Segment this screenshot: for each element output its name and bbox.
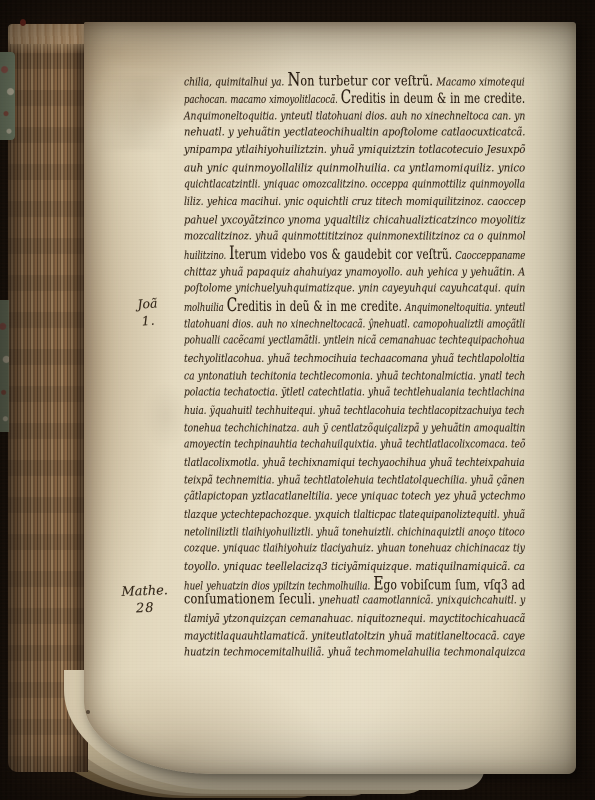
nahuatl-text: toyollo. yniquac teellelacizq3 ticiyãmiq… (184, 559, 525, 573)
nahuatl-text: nehuatl. y yehuãtin yectlateochihualtin … (184, 125, 525, 139)
latin-phrase: conſumationem ſeculi. (184, 592, 315, 608)
latin-phrase: Non turbetur cor veſtrũ. (288, 74, 434, 90)
nahuatl-text: poſtolome ynichuelyuhquimatizque. ynin c… (184, 281, 525, 295)
nahuatl-text: huatzin techmocemitalhuiliã. yhuã techmo… (184, 645, 525, 659)
nahuatl-text: quichtlacatzintli. yniquac omozcalitzino… (184, 177, 525, 191)
manuscript-line: poſtolome ynichuelyuhquimatizque. ynin c… (184, 280, 525, 297)
manuscript-line: molhuilia Creditis in deũ & in me credit… (184, 297, 525, 314)
nahuatl-text: Macamo ximotequi (433, 75, 525, 89)
manuscript-line: polactia techatoctia. ỹtletl catechtlati… (184, 384, 525, 401)
manuscript-line: tlazque yctechtepachozque. yxquich tlalt… (184, 506, 525, 523)
manuscript-line: chittaz yhuã papaquiz ahahuiyaz ynamoyol… (184, 263, 525, 280)
nahuatl-text: molhuilia (184, 300, 227, 314)
manuscript-line: nehuatl. y yehuãtin yectlateochihualtin … (184, 124, 525, 141)
nahuatl-text: huel yehuatzin dios ypiltzin techmolhuil… (184, 578, 373, 592)
manuscript-line: ynipampa ytlaihiyohuiliztzin. yhuã ymiqu… (184, 141, 525, 158)
nahuatl-text: ca yntonatiuh techitonia techtlecomonia.… (184, 368, 525, 382)
latin-phrase: Iterum videbo vos & gaudebit cor veſtrũ. (229, 247, 452, 263)
nahuatl-text: teixpã technemitia. yhuã techtlatolehuia… (184, 472, 525, 486)
manuscript-line: pahuel yxcoyãtzinco ynoma yqualtiliz chi… (184, 211, 525, 228)
latin-initial-letter: N (288, 70, 301, 91)
nahuatl-text: pahuel yxcoyãtzinco ynoma yqualtiliz chi… (184, 212, 525, 226)
manuscript-line: teixpã technemitia. yhuã techtlatolehuia… (184, 471, 525, 488)
manuscript-line: ca yntonatiuh techitonia techtlecomonia.… (184, 367, 525, 384)
nahuatl-text: çãtlapictopan yztlacatlaneltilia. yece y… (184, 489, 525, 503)
ink-fleck (86, 710, 90, 714)
nahuatl-text: mozcalitzinoz. yhuã quinmottititzinoz qu… (184, 229, 525, 243)
manuscript-line: çãtlapictopan yztlacatlaneltilia. yece y… (184, 488, 525, 505)
nahuatl-text: amoyectin techpinauhtia techahuilquixtia… (184, 437, 525, 451)
latin-initial-letter: C (341, 87, 351, 108)
manuscript-line: tonehua techchichinatza. auh ỹ centlatzõ… (184, 419, 525, 436)
nahuatl-text: netoliniliztli tlaihiyohuiliztli. yhuã t… (184, 524, 525, 538)
nahuatl-text: mayctitlaquauhtlamaticã. yniteutlatoltzi… (184, 629, 525, 643)
nahuatl-text: polactia techatoctia. ỹtletl catechtlati… (184, 385, 525, 399)
nahuatl-text: chittaz yhuã papaquiz ahahuiyaz ynamoyol… (184, 264, 525, 278)
manuscript-line: tlatohuani dios. auh no xinechneltocacã.… (184, 315, 525, 332)
margin-note-john: Joã 1. (123, 293, 173, 330)
manuscript-line: auh ynic quinmoyollaliliz quinmolhuilia.… (184, 159, 525, 176)
manuscript-line: tlatlacolixmotla. yhuã techixnamiqui tec… (184, 454, 525, 471)
manuscript-line: Anquimoneltoquitia. ynteutl tlatohuani d… (184, 107, 525, 124)
nahuatl-text: tlazque yctechtepachozque. yxquich tlalt… (184, 507, 525, 521)
nahuatl-text: chilia, quimitalhui ya. (184, 75, 288, 89)
manuscript-line: amoyectin techpinauhtia techahuilquixtia… (184, 436, 525, 453)
manuscript-line: cozque. yniquac tlaihiyohuiz tlaciyahuiz… (184, 540, 525, 557)
margin-note-num: 1. (124, 310, 173, 330)
nahuatl-text: huia. ỹquahuitl techhuitequi. yhuã techt… (184, 403, 525, 417)
cover-speck (20, 19, 26, 26)
nahuatl-text: tlamiyã ytzonquizçan cemanahuac. niquito… (184, 611, 525, 625)
manuscript-line: huilitzino. Iterum videbo vos & gaudebit… (184, 245, 525, 262)
manuscript-line: tlamiyã ytzonquizçan cemanahuac. niquito… (184, 610, 525, 627)
nahuatl-text: Caocceppaname (452, 248, 525, 262)
latin-initial-letter: C (227, 295, 237, 316)
manuscript-line: toyollo. yniquac teellelacizq3 ticiyãmiq… (184, 558, 525, 575)
manuscript-line: techyolitlacohua. yhuã techmocihuia tech… (184, 350, 525, 367)
manuscript-line: huia. ỹquahuitl techhuitequi. yhuã techt… (184, 402, 525, 419)
nahuatl-text: tlatlacolixmotla. yhuã techixnamiqui tec… (184, 455, 525, 469)
nahuatl-text: ynipampa ytlaihiyohuiliztzin. yhuã ymiqu… (184, 142, 525, 156)
nahuatl-text: ynehuatl caamotlannicã. ynixquichcahuitl… (315, 593, 525, 607)
latin-initial-letter: I (229, 243, 234, 264)
manuscript-line: quichtlacatzintli. yniquac omozcalitzino… (184, 176, 525, 193)
manuscript-line: liliz. yehica macihui. ynic oquichtli cr… (184, 193, 525, 210)
manuscript-line: pohualli cacẽcami yectlamãtli. yntlein n… (184, 332, 525, 349)
marbled-cover-edge (0, 300, 9, 432)
nahuatl-text: cozque. yniquac tlaihiyohuiz tlaciyahuiz… (184, 541, 525, 555)
margin-note-num: 28 (112, 599, 179, 618)
latin-phrase: Creditis in deum & in me credite. (341, 91, 526, 107)
nahuatl-text: techyolitlacohua. yhuã techmocihuia tech… (184, 351, 525, 365)
margin-note-matthew: Mathe. 28 (111, 582, 178, 618)
nahuatl-text: tonehua techchichinatza. auh ỹ centlatzõ… (184, 420, 525, 434)
nahuatl-text: liliz. yehica macihui. ynic oquichtli cr… (184, 194, 525, 208)
manuscript-text-block: chilia, quimitalhui ya. Non turbetur cor… (184, 72, 525, 662)
photographed-book-scene: Joã 1. Mathe. 28 chilia, quimitalhui ya.… (0, 0, 595, 800)
manuscript-line: huatzin techmocemitalhuiliã. yhuã techmo… (184, 644, 525, 661)
latin-phrase: Creditis in deũ & in me credite. (227, 299, 402, 315)
nahuatl-text: Anquimoneltoquitia. ynteutl tlatohuani d… (184, 108, 525, 122)
manuscript-line: mayctitlaquauhtlamaticã. yniteutlatoltzi… (184, 628, 525, 645)
nahuatl-text: auh ynic quinmoyollaliliz quinmolhuilia.… (184, 160, 525, 174)
book-page-edges (8, 24, 88, 772)
manuscript-line: netoliniliztli tlaihiyohuiliztli. yhuã t… (184, 523, 525, 540)
nahuatl-text: huilitzino. (184, 248, 229, 262)
nahuatl-text: pohualli cacẽcami yectlamãtli. yntlein n… (184, 333, 525, 347)
margin-note-ref: Joã (137, 295, 158, 311)
manuscript-line: pachocan. macamo ximoyolitlacocã. Credit… (184, 89, 525, 106)
marbled-cover-edge (0, 52, 15, 140)
margin-note-ref: Mathe. (121, 583, 168, 600)
manuscript-line: conſumationem ſeculi. ynehuatl caamotlan… (184, 592, 525, 609)
manuscript-line: huel yehuatzin dios ypiltzin techmolhuil… (184, 575, 525, 592)
manuscript-line: mozcalitzinoz. yhuã quinmottititzinoz qu… (184, 228, 525, 245)
nahuatl-text: Anquimoneltoquitia. ynteutl (402, 300, 525, 314)
manuscript-line: chilia, quimitalhui ya. Non turbetur cor… (184, 72, 525, 89)
nahuatl-text: tlatohuani dios. auh no xinechneltocacã.… (184, 316, 525, 330)
nahuatl-text: pachocan. macamo ximoyolitlacocã. (184, 92, 341, 106)
